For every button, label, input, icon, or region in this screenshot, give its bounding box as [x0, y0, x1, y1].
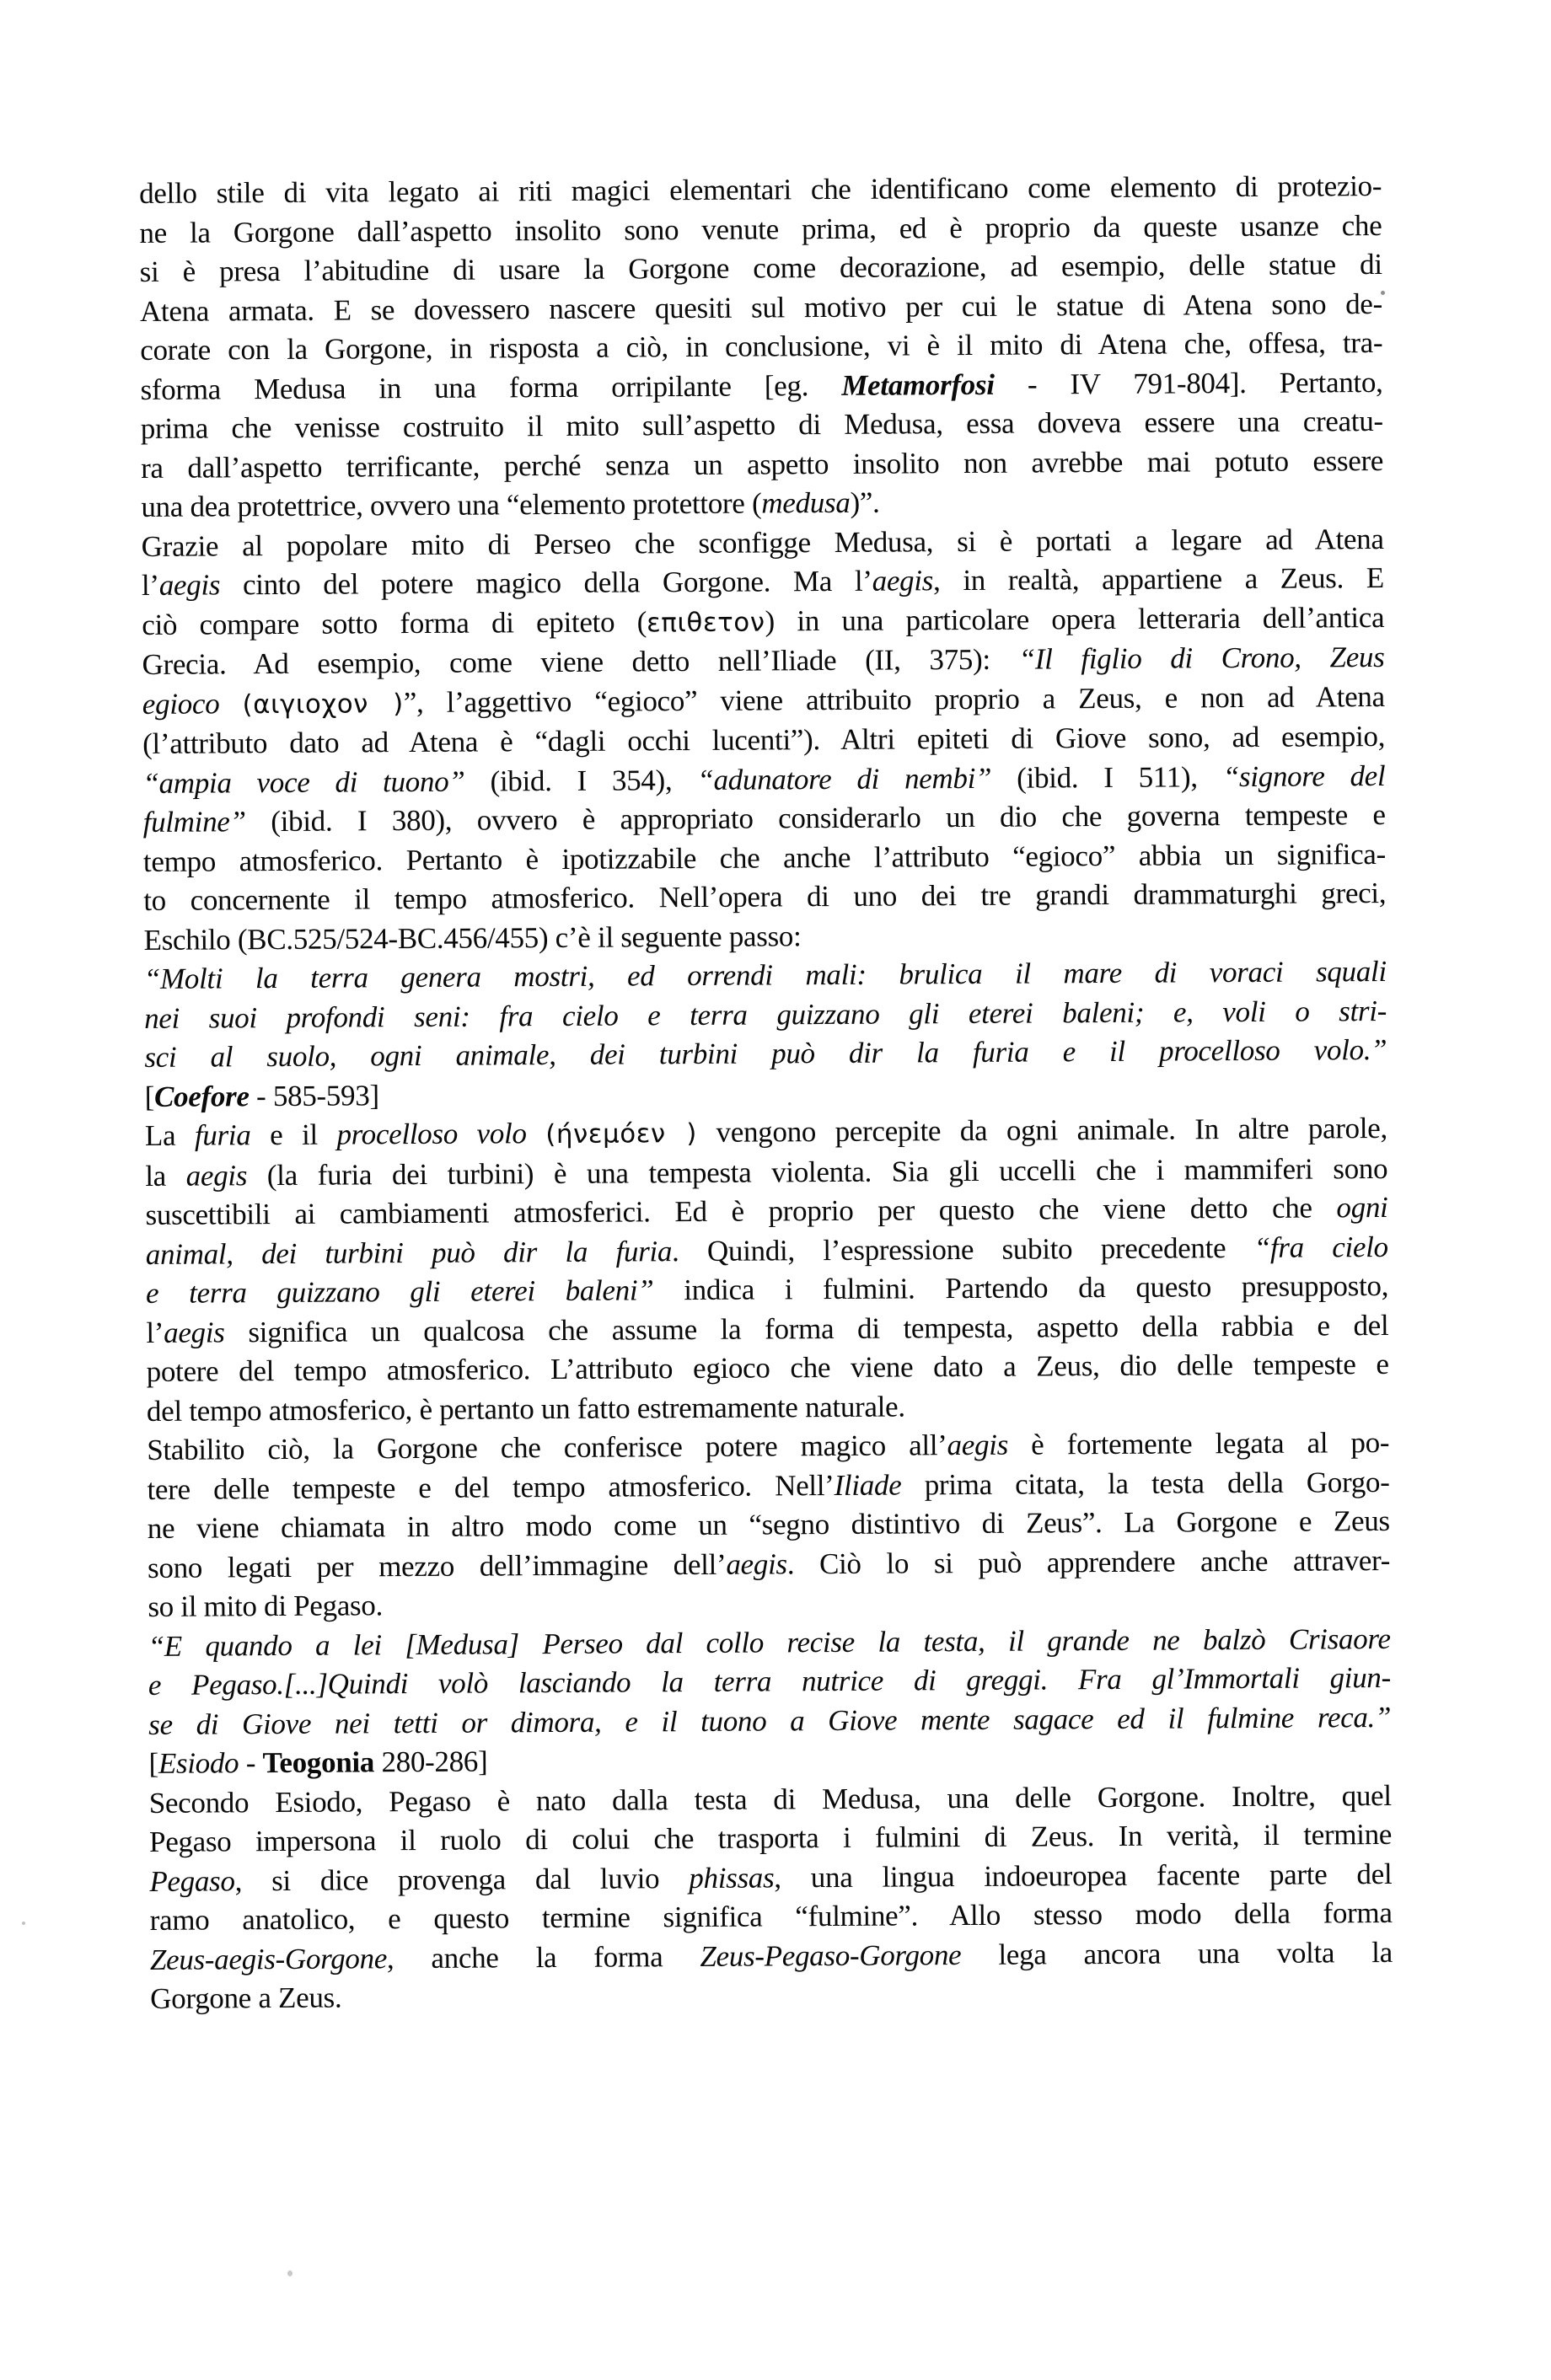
text-line: sci al suolo, ogni animale, dei turbini …: [144, 1031, 1387, 1078]
scan-speck: [22, 1922, 25, 1925]
text-line: La furia e il procelloso volo (ήνεμόεν )…: [145, 1109, 1387, 1157]
text-line: fulmine” (ibid. I 380), ovvero è appropr…: [143, 796, 1386, 843]
text-line: dello stile di vita legato ai riti magic…: [139, 167, 1382, 214]
text-line: potere del tempo atmosferico. L’attribut…: [147, 1345, 1389, 1392]
text-line: sono legati per mezzo dell’immagine dell…: [148, 1541, 1390, 1588]
text-line: (l’attributo dato ad Atena è “dagli occh…: [142, 717, 1385, 764]
text-line: se di Giove nei tetti or dimora, e il tu…: [148, 1697, 1391, 1745]
text-line: ramo anatolico, e questo termine signifi…: [150, 1894, 1393, 1941]
text-line: Gorgone a Zeus.: [150, 1972, 1393, 2019]
text-line: Stabilito ciò, la Gorgone che conferisce…: [147, 1423, 1389, 1471]
text-line: e Pegaso.[...]Quindi volò lasciando la t…: [148, 1659, 1391, 1706]
scan-speck: [1381, 291, 1385, 295]
text-line: l’aegis cinto del potere magico della Go…: [142, 559, 1384, 606]
text-line: Pegaso impersona il ruolo di colui che t…: [149, 1815, 1392, 1863]
text-line: suscettibili ai cambiamenti atmosferici.…: [145, 1188, 1387, 1236]
text-line: to concernente il tempo atmosferico. Nel…: [143, 874, 1386, 921]
text-line: Zeus-aegis-Gorgone, anche la forma Zeus-…: [150, 1932, 1393, 1980]
scanned-book-page: dello stile di vita legato ai riti magic…: [0, 0, 1551, 2380]
text-line: Grecia. Ad esempio, come viene detto nel…: [142, 638, 1384, 685]
text-line: prima che venisse costruito il mito sull…: [141, 402, 1383, 449]
text-line: ne viene chiamata in altro modo come un …: [148, 1502, 1390, 1549]
scan-speck: [287, 2270, 292, 2276]
text-line: e terra guizzano gli eterei baleni” indi…: [146, 1267, 1388, 1314]
text-line: ra dall’aspetto terrificante, perché sen…: [141, 441, 1383, 488]
text-line: “Molti la terra genera mostri, ed orrend…: [144, 952, 1387, 1000]
text-line: corate con la Gorgone, in risposta a ciò…: [140, 324, 1382, 371]
page-text-block: dello stile di vita legato ai riti magic…: [139, 167, 1393, 2018]
text-line: si è presa l’abitudine di usare la Gorgo…: [140, 245, 1382, 292]
